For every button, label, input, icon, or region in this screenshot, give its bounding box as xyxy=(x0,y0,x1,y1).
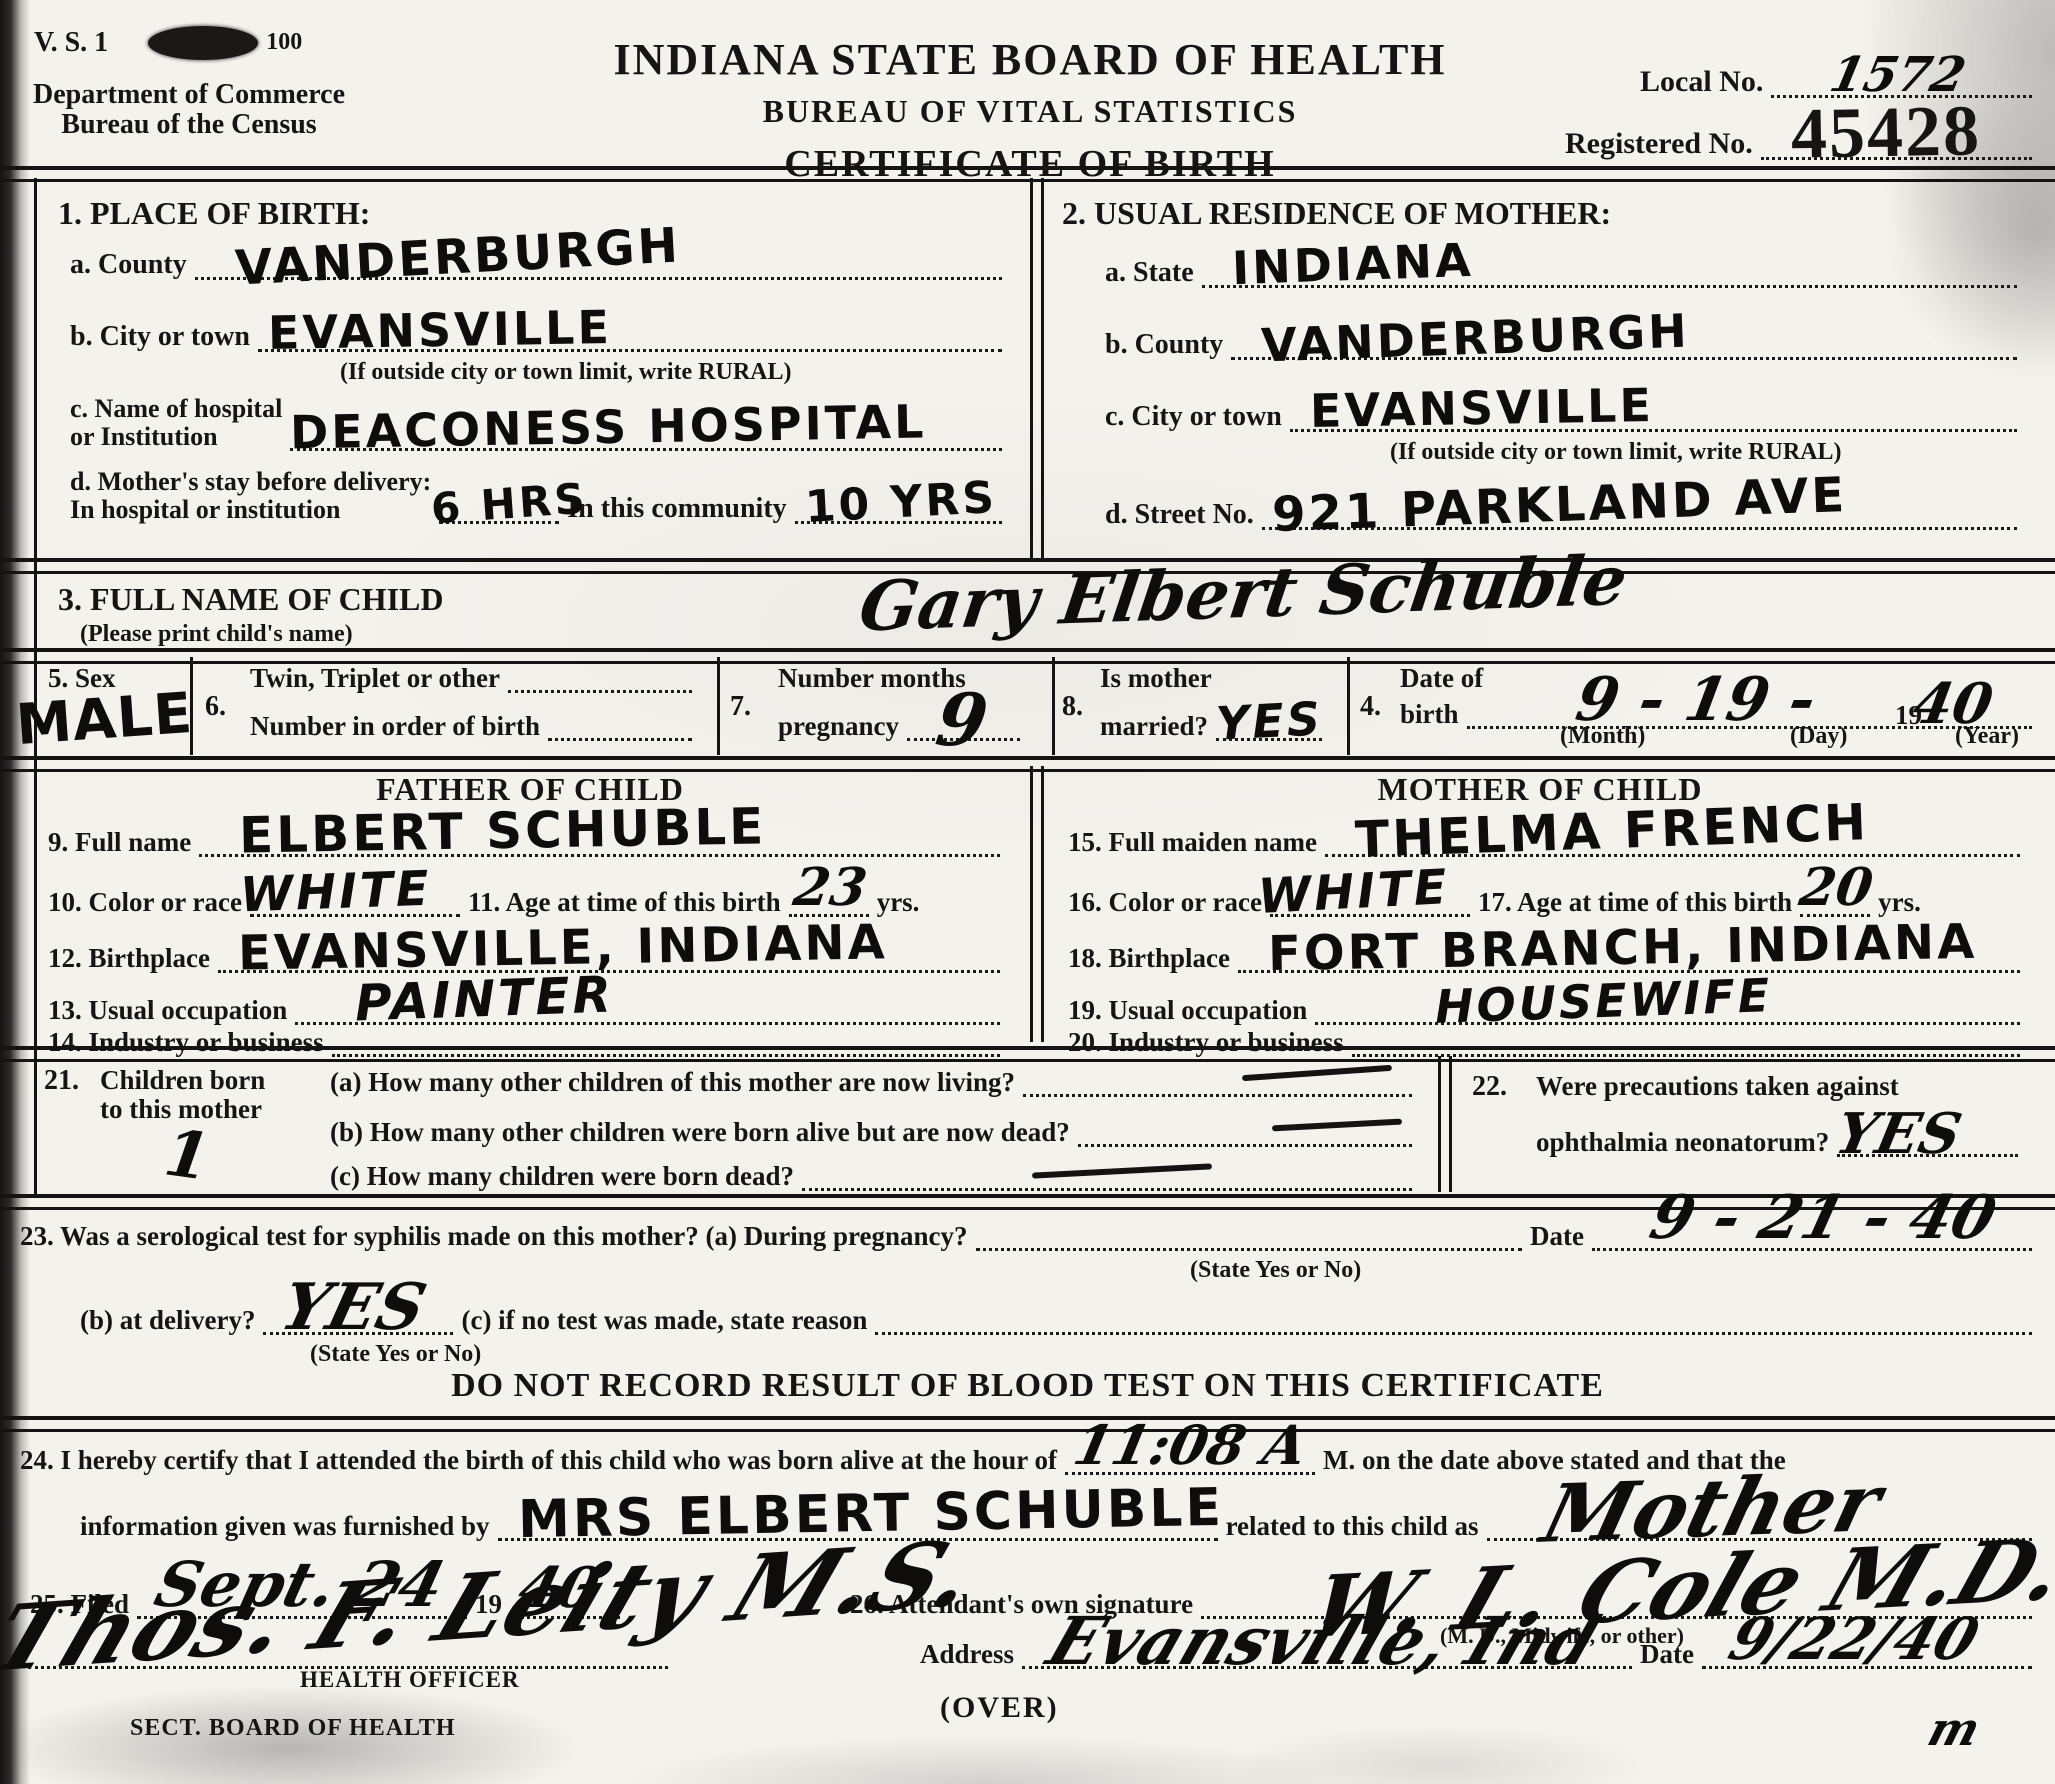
father-yrs-label: yrs. xyxy=(877,888,920,917)
divider-sec1-sec2 xyxy=(1030,178,1044,558)
serology-date-label: Date xyxy=(1530,1222,1584,1251)
children-b-label: (b) How many other children were born al… xyxy=(330,1118,1070,1147)
children-b-dash xyxy=(1272,1119,1402,1132)
father-occupation-value: PAINTER xyxy=(355,970,616,1029)
board-of-health-label: SECT. BOARD OF HEALTH xyxy=(130,1716,456,1742)
attendant-date-value: 9/22/40 xyxy=(1723,1610,1986,1668)
blood-test-warning: DO NOT RECORD RESULT OF BLOOD TEST ON TH… xyxy=(0,1368,2055,1405)
residence-city-value: EVANSVILLE xyxy=(1309,382,1654,434)
birth-rural-note: (If outside city or town limit, write RU… xyxy=(340,360,792,386)
stay-hospital-line: 6 HRS xyxy=(439,515,559,524)
father-age-label: 11. Age at time of this birth xyxy=(468,888,781,917)
divider-six xyxy=(717,657,720,755)
child-name-heading: 3. FULL NAME OF CHILD xyxy=(58,582,444,617)
serology-date-value: 9 - 21 - 40 xyxy=(1645,1188,2002,1248)
mother-age-value: 20 xyxy=(1797,862,1877,914)
street-label: d. Street No. xyxy=(1105,500,1254,530)
children-c-line xyxy=(802,1182,1412,1191)
married-line: YES xyxy=(1216,732,1322,741)
sex-value: MALE xyxy=(14,686,194,754)
father-name-label: 9. Full name xyxy=(48,828,191,857)
precautions-num: 22. xyxy=(1472,1072,1507,1102)
children-a-dash xyxy=(1242,1065,1392,1081)
place-of-birth-heading: 1. PLACE OF BIRTH: xyxy=(58,196,370,231)
attendant-date-line: 9/22/40 xyxy=(1702,1660,2032,1669)
birth-order-label: Number in order of birth xyxy=(250,712,540,741)
children-count-value: 1 xyxy=(161,1121,214,1191)
stay-hospital-value: 6 HRS xyxy=(430,478,589,531)
divider-seven xyxy=(1052,657,1055,755)
residence-city-label: c. City or town xyxy=(1105,402,1282,432)
divider-father-mother xyxy=(1030,766,1044,1042)
six-num: 6. xyxy=(205,692,226,722)
serology-date-line: 9 - 21 - 40 xyxy=(1592,1242,2032,1251)
child-name-sub: (Please print child's name) xyxy=(80,622,353,648)
mother-yrs-label: yrs. xyxy=(1878,888,1921,917)
residence-state-value: INDIANA xyxy=(1231,237,1474,291)
street-value: 921 PARKLAND AVE xyxy=(1271,471,1848,539)
pregnancy-value: 9 xyxy=(932,684,992,756)
rule-top xyxy=(0,166,2055,182)
certify-hour-value: 11:08 A xyxy=(1069,1418,1311,1472)
serology-b-value: YES xyxy=(275,1276,432,1340)
census-stamp-icon xyxy=(148,26,258,60)
precautions-line: YES xyxy=(1837,1148,2018,1157)
hospital-value: DEACONESS HOSPITAL xyxy=(290,399,927,456)
registered-no-value: 45428 xyxy=(1790,92,1981,173)
over-label: (OVER) xyxy=(940,1692,1059,1724)
residence-state-label: a. State xyxy=(1105,258,1194,288)
serology-b-note: (State Yes or No) xyxy=(310,1342,481,1368)
health-officer-title: HEALTH OFFICER xyxy=(300,1668,520,1693)
birth-city-line: EVANSVILLE xyxy=(258,343,1002,352)
registered-no-label: Registered No. xyxy=(1565,128,1753,160)
father-age-value: 23 xyxy=(790,862,870,914)
birth-county-line: VANDERBURGH xyxy=(195,271,1002,280)
pregnancy-label-2: pregnancy xyxy=(778,712,899,741)
married-value: YES xyxy=(1215,695,1324,747)
hospital-label-1: c. Name of hospital xyxy=(70,395,282,423)
mother-name-label: 15. Full maiden name xyxy=(1068,828,1317,857)
married-label-2: married? xyxy=(1100,712,1208,741)
stay-label-2: In hospital or institution xyxy=(70,496,431,524)
title-board-of-health: INDIANA STATE BOARD OF HEALTH xyxy=(460,36,1600,84)
mother-birthplace-label: 18. Birthplace xyxy=(1068,944,1230,973)
father-name-line: ELBERT SCHUBLE xyxy=(199,848,1000,857)
dob-month-caption: (Month) xyxy=(1560,724,1645,750)
mother-race-value: WHITE xyxy=(1257,863,1451,921)
residence-heading: 2. USUAL RESIDENCE OF MOTHER: xyxy=(1062,196,1611,231)
father-occupation-label: 13. Usual occupation xyxy=(48,996,287,1025)
residence-county-line: VANDERBURGH xyxy=(1231,351,2017,360)
serology-c-label: (c) if no test was made, state reason xyxy=(461,1306,867,1335)
form-code: V. S. 1 xyxy=(34,28,108,58)
serology-b-line: YES xyxy=(263,1326,453,1335)
community-line: 10 YRS xyxy=(795,515,1002,524)
dob-line: 9 - 19 - 19 40 xyxy=(1467,720,2032,729)
certify-line2b-label: related to this child as xyxy=(1226,1512,1479,1541)
residence-county-value: VANDERBURGH xyxy=(1261,308,1691,369)
precautions-label-2: ophthalmia neonatorum? xyxy=(1536,1128,1829,1157)
mother-age-label: 17. Age at time of this birth xyxy=(1478,888,1792,917)
title-bureau: BUREAU OF VITAL STATISTICS xyxy=(460,94,1600,129)
certify-line1-label: 24. I hereby certify that I attended the… xyxy=(20,1446,1057,1475)
hospital-label-2: or Institution xyxy=(70,423,282,451)
serology-b-label: (b) at delivery? xyxy=(80,1306,255,1335)
children-num: 21. xyxy=(44,1066,79,1096)
father-race-line: WHITE xyxy=(250,908,460,917)
children-c-dash xyxy=(1032,1163,1212,1178)
certify-line2-label: information given was furnished by xyxy=(80,1512,490,1541)
children-a-line xyxy=(1023,1088,1412,1097)
serology-state-note: (State Yes or No) xyxy=(1190,1258,1361,1284)
mother-name-line: THELMA FRENCH xyxy=(1325,848,2020,857)
street-line: 921 PARKLAND AVE xyxy=(1262,521,2017,530)
pregnancy-line: 9 xyxy=(907,732,1020,741)
twin-label: Twin, Triplet or other xyxy=(250,664,500,693)
stamp-number: 100 xyxy=(266,30,302,56)
frame-left xyxy=(34,178,37,1198)
precautions-value: YES xyxy=(1831,1106,1966,1162)
mother-name-value: THELMA FRENCH xyxy=(1354,797,1869,865)
dob-label-2: birth xyxy=(1400,700,1459,729)
scan-edge-shadow xyxy=(0,0,30,1784)
serology-c-line xyxy=(875,1326,2032,1335)
dob-month-day-value: 9 - 19 - xyxy=(1571,670,1819,730)
dob-label-1: Date of xyxy=(1400,664,1483,693)
hospital-line: DEACONESS HOSPITAL xyxy=(290,442,1002,451)
married-label-1: Is mother xyxy=(1100,664,1212,693)
dob-day-caption: (Day) xyxy=(1790,724,1847,750)
community-value: 10 YRS xyxy=(804,476,998,530)
pregnancy-label-1: Number months xyxy=(778,664,966,693)
children-b-line xyxy=(1078,1138,1412,1147)
attendant-date-label: Date xyxy=(1640,1640,1694,1669)
residence-rural-note: (If outside city or town limit, write RU… xyxy=(1390,440,1842,466)
rule-above-parents xyxy=(0,756,2055,772)
children-label-1: Children born xyxy=(100,1066,265,1095)
attendant-address-label: Address xyxy=(920,1640,1014,1669)
mother-birthplace-line: FORT BRANCH, INDIANA xyxy=(1238,964,2020,973)
dob-num: 4. xyxy=(1360,692,1381,722)
father-race-value: WHITE xyxy=(239,865,432,920)
community-label: In this community xyxy=(567,494,786,524)
attendant-address-line: Evansville, Ind xyxy=(1022,1660,1632,1669)
mother-occupation-value: HOUSEWIFE xyxy=(1435,972,1774,1030)
agency-line1: Department of Commerce xyxy=(24,80,354,110)
children-c-label: (c) How many children were born dead? xyxy=(330,1162,794,1191)
birth-county-value: VANDERBURGH xyxy=(234,222,682,293)
precautions-label-1: Were precautions taken against xyxy=(1536,1072,1899,1101)
residence-state-line: INDIANA xyxy=(1202,279,2017,288)
father-occupation-line: PAINTER xyxy=(295,1016,1000,1025)
seven-num: 7. xyxy=(730,692,751,722)
agency-line2: Bureau of the Census xyxy=(24,110,354,140)
mother-occupation-label: 19. Usual occupation xyxy=(1068,996,1307,1025)
serology-pregnancy-line xyxy=(976,1242,1522,1251)
mother-occupation-line: HOUSEWIFE xyxy=(1315,1016,2020,1025)
eight-num: 8. xyxy=(1062,692,1083,722)
attendant-address-value: Evansville, Ind xyxy=(1040,1608,1607,1674)
rule-above-children xyxy=(0,1046,2055,1062)
birth-certificate-scan: V. S. 1 100 Department of Commerce Burea… xyxy=(0,0,2055,1784)
mother-race-label: 16. Color or race xyxy=(1068,888,1262,917)
mother-race-line: WHITE xyxy=(1270,908,1470,917)
birth-city-label: b. City or town xyxy=(70,322,250,352)
twin-line xyxy=(508,684,692,693)
registered-no-line: 45428 xyxy=(1761,151,2032,160)
mother-birthplace-value: FORT BRANCH, INDIANA xyxy=(1268,918,1978,978)
father-birthplace-label: 12. Birthplace xyxy=(48,944,210,973)
father-name-value: ELBERT SCHUBLE xyxy=(239,802,767,861)
divider-21-22 xyxy=(1438,1056,1452,1192)
serology-question-label: 23. Was a serological test for syphilis … xyxy=(20,1222,968,1251)
local-no-label: Local No. xyxy=(1640,66,1763,98)
birth-county-label: a. County xyxy=(70,250,187,280)
residence-county-label: b. County xyxy=(1105,330,1223,360)
residence-city-line: EVANSVILLE xyxy=(1290,423,2017,432)
rule-above-sex-row xyxy=(0,648,2055,664)
birth-city-value: EVANSVILLE xyxy=(268,304,613,356)
rule-above-certification xyxy=(0,1416,2055,1432)
children-a-label: (a) How many other children of this moth… xyxy=(330,1068,1015,1097)
stray-mark: m xyxy=(1923,1706,1985,1752)
father-race-label: 10. Color or race xyxy=(48,888,242,917)
stay-label-1: d. Mother's stay before delivery: xyxy=(70,468,431,496)
dob-year-caption: (Year) xyxy=(1955,724,2019,750)
divider-eight xyxy=(1347,657,1350,755)
certify-hour-line: 11:08 A xyxy=(1065,1466,1315,1475)
birth-order-line xyxy=(548,732,692,741)
